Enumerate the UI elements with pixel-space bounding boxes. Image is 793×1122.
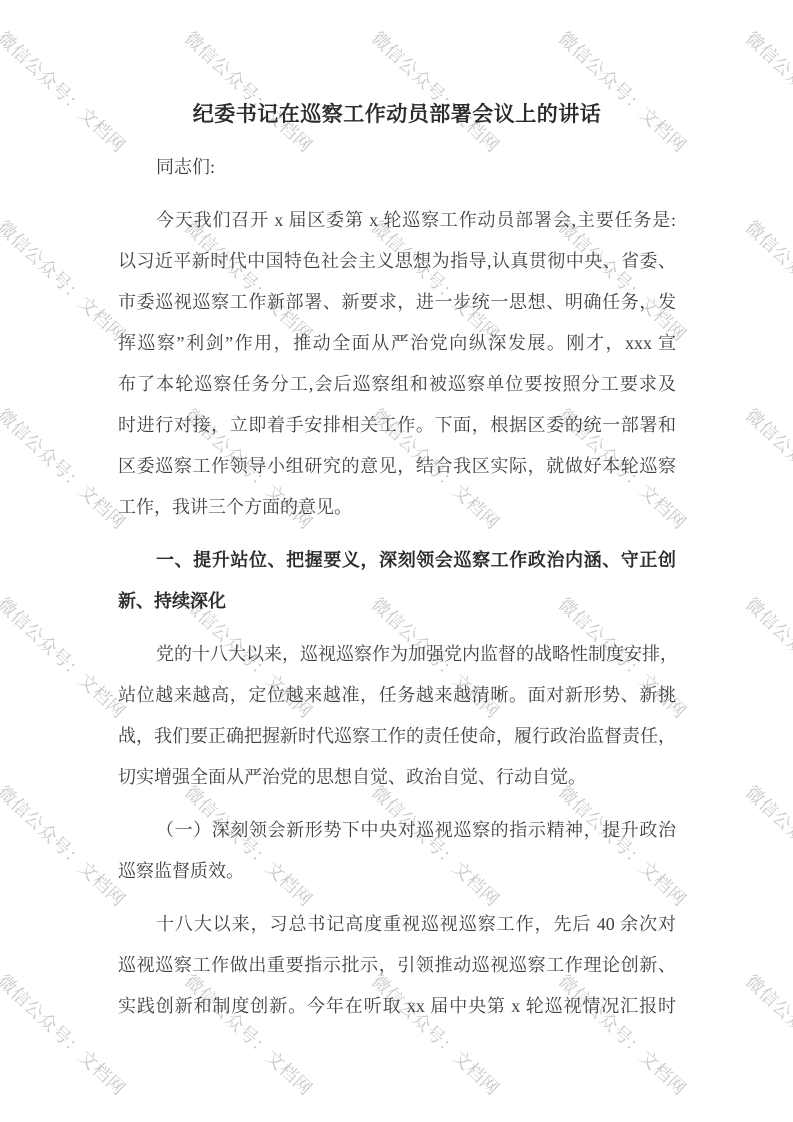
text-line: 巡视巡察工作做出重要指示批示，引领推动巡视巡察工作理论创新、 xyxy=(118,945,676,986)
text-line: 切实增强全面从严治党的思想自觉、政治自觉、行动自觉。 xyxy=(118,757,676,798)
text-line: 巡察监督质效。 xyxy=(118,851,676,892)
watermark-text: 微信公众号：文档网 xyxy=(0,25,132,158)
text-line: 市委巡视巡察工作新部署、新要求，进一步统一思想、明确任务，发 xyxy=(118,282,676,323)
document-content: 纪委书记在巡察工作动员部署会议上的讲话 同志们: 今天我们召开 x 届区委第 x… xyxy=(118,0,676,1027)
watermark-text: 微信公众号：文档网 xyxy=(740,402,793,535)
watermark-text: 微信公众号：文档网 xyxy=(0,402,132,535)
watermark-text: 微信公众号：文档网 xyxy=(0,968,132,1101)
text-line: （一）深刻领会新形势下中央对巡视巡察的指示精神，提升政治 xyxy=(118,810,676,851)
paragraph: 十八大以来，习总书记高度重视巡视巡察工作，先后 40 余次对 巡视巡察工作做出重… xyxy=(118,904,676,1027)
watermark-text: 微信公众号：文档网 xyxy=(740,779,793,912)
text-line: 工作，我讲三个方面的意见。 xyxy=(118,487,676,528)
heading-line: 一、提升站位、把握要义，深刻领会巡察工作政治内涵、守正创 xyxy=(118,540,676,581)
watermark-text: 微信公众号：文档网 xyxy=(0,591,132,724)
paragraph: 今天我们召开 x 届区委第 x 轮巡察工作动员部署会,主要任务是: 以习近平新时… xyxy=(118,200,676,528)
text-line: 战，我们要正确把握新时代巡察工作的责任使命，履行政治监督责任， xyxy=(118,716,676,757)
text-line: 以习近平新时代中国特色社会主义思想为指导,认真贯彻中央、省委、 xyxy=(118,241,676,282)
watermark-text: 微信公众号：文档网 xyxy=(740,591,793,724)
text-line: 实践创新和制度创新。今年在听取 xx 届中央第 x 轮巡视情况汇报时 xyxy=(118,986,676,1027)
text-line: 站位越来越高，定位越来越准，任务越来越清晰。面对新形势、新挑 xyxy=(118,675,676,716)
watermark-text: 微信公众号：文档网 xyxy=(740,968,793,1101)
watermark-text: 微信公众号：文档网 xyxy=(0,779,132,912)
document-title: 纪委书记在巡察工作动员部署会议上的讲话 xyxy=(118,0,676,128)
paragraph: （一）深刻领会新形势下中央对巡视巡察的指示精神，提升政治 巡察监督质效。 xyxy=(118,810,676,892)
text-line: 挥巡察”利剑”作用，推动全面从严治党向纵深发展。刚才，xxx 宣 xyxy=(118,323,676,364)
section-heading: 一、提升站位、把握要义，深刻领会巡察工作政治内涵、守正创 新、持续深化 xyxy=(118,540,676,622)
text-line: 布了本轮巡察任务分工,会后巡察组和被巡察单位要按照分工要求及 xyxy=(118,364,676,405)
text-line: 时进行对接，立即着手安排相关工作。下面，根据区委的统一部署和 xyxy=(118,405,676,446)
watermark-text: 微信公众号：文档网 xyxy=(740,25,793,158)
greeting-line: 同志们: xyxy=(118,147,676,188)
watermark-text: 微信公众号：文档网 xyxy=(0,214,132,347)
document-page: 微信公众号：文档网微信公众号：文档网微信公众号：文档网微信公众号：文档网微信公众… xyxy=(0,0,793,1122)
text-line: 今天我们召开 x 届区委第 x 轮巡察工作动员部署会,主要任务是: xyxy=(118,200,676,241)
watermark-text: 微信公众号：文档网 xyxy=(740,214,793,347)
heading-line: 新、持续深化 xyxy=(118,581,676,622)
paragraph: 党的十八大以来，巡视巡察作为加强党内监督的战略性制度安排， 站位越来越高，定位越… xyxy=(118,634,676,798)
text-line: 党的十八大以来，巡视巡察作为加强党内监督的战略性制度安排， xyxy=(118,634,676,675)
text-line: 区委巡察工作领导小组研究的意见，结合我区实际，就做好本轮巡察 xyxy=(118,446,676,487)
text-line: 十八大以来，习总书记高度重视巡视巡察工作，先后 40 余次对 xyxy=(118,904,676,945)
